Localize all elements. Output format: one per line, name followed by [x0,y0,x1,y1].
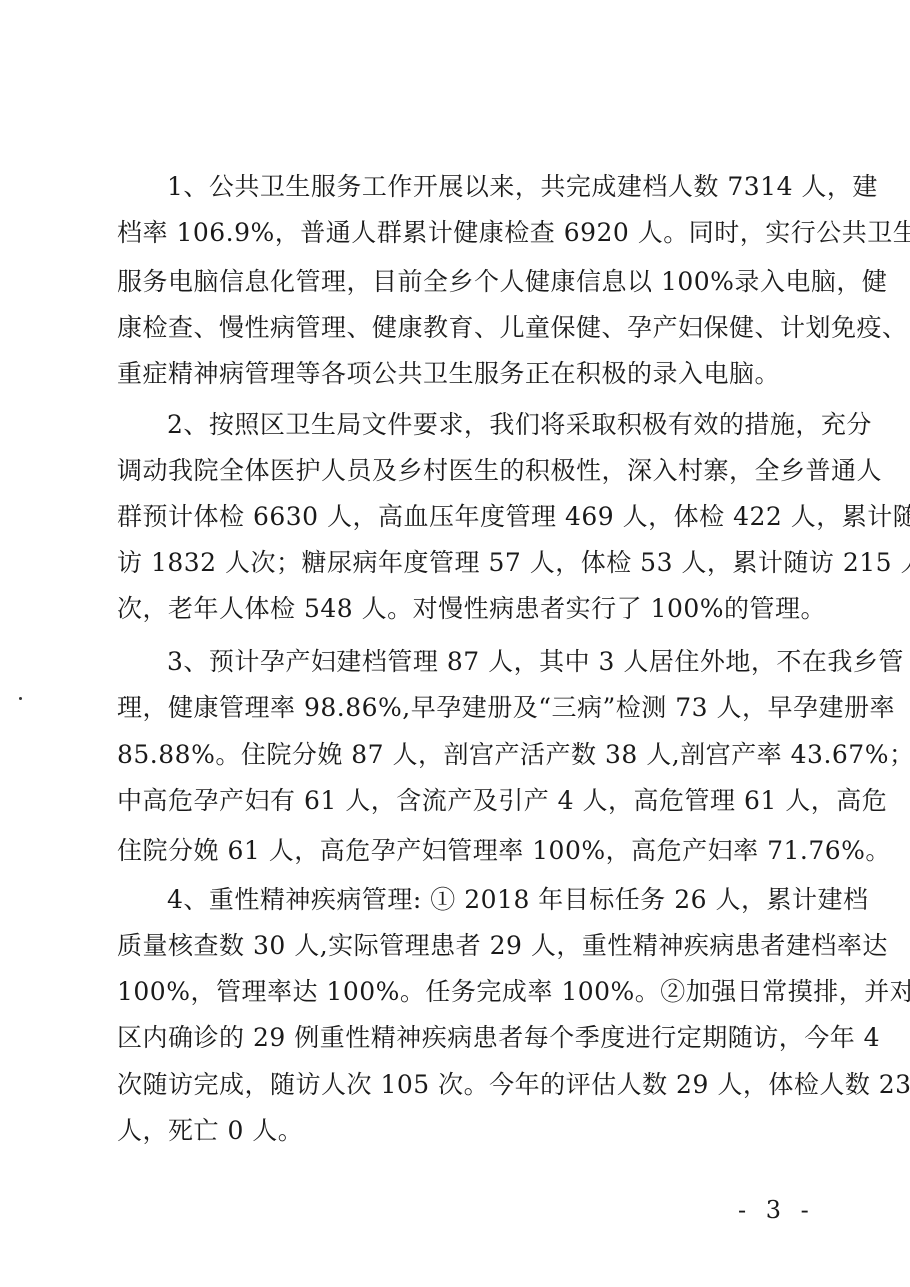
text-line: 康检查、慢性病管理、健康教育、儿童保健、孕产妇保健、计划免疫、 [117,308,795,348]
document-page: 1、公共卫生服务工作开展以来，共完成建档人数 7314 人，建 档率 106.9… [0,0,910,1287]
text-line: 重症精神病管理等各项公共卫生服务正在积极的录入电脑。 [117,354,795,394]
text-line: 100%，管理率达 100%。任务完成率 100%。②加强日常摸排，并对辖 [117,972,795,1012]
text-line: 住院分娩 61 人，高危孕产妇管理率 100%，高危产妇率 71.76%。 [117,831,795,871]
text-line: 调动我院全体医护人员及乡村医生的积极性，深入村寨，全乡普通人 [117,451,795,491]
text-line: 理，健康管理率 98.86%,早孕建册及“三病”检测 73 人，早孕建册率 [117,688,795,728]
text-line: 85.88%。住院分娩 87 人，剖宫产活产数 38 人,剖宫产率 43.67%… [117,735,795,775]
scan-speck [19,697,22,700]
text-line: 区内确诊的 29 例重性精神疾病患者每个季度进行定期随访，今年 4 [117,1018,795,1058]
text-line: 服务电脑信息化管理，目前全乡个人健康信息以 100%录入电脑，健 [117,262,795,302]
text-line: 3、预计孕产妇建档管理 87 人，其中 3 人居住外地，不在我乡管 [167,642,795,682]
text-line: 1、公共卫生服务工作开展以来，共完成建档人数 7314 人，建 [167,167,795,207]
text-line: 中高危孕产妇有 61 人，含流产及引产 4 人，高危管理 61 人，高危 [117,781,795,821]
text-line: 档率 106.9%，普通人群累计健康检查 6920 人。同时，实行公共卫生 [117,213,795,253]
text-line: 2、按照区卫生局文件要求，我们将采取积极有效的措施，充分 [167,405,795,445]
text-line: 质量核查数 30 人,实际管理患者 29 人，重性精神疾病患者建档率达 [117,926,795,966]
text-line: 群预计体检 6630 人，高血压年度管理 469 人，体检 422 人，累计随 [117,497,795,537]
text-line: 次随访完成，随访人次 105 次。今年的评估人数 29 人，体检人数 23 [117,1065,795,1105]
text-line: 访 1832 人次；糖尿病年度管理 57 人，体检 53 人，累计随访 215 … [117,543,795,583]
text-line: 人，死亡 0 人。 [117,1111,795,1151]
text-line: 4、重性精神疾病管理: ① 2018 年目标任务 26 人，累计建档 [167,880,795,920]
page-number: - 3 - [738,1196,815,1224]
text-line: 次，老年人体检 548 人。对慢性病患者实行了 100%的管理。 [117,589,795,629]
